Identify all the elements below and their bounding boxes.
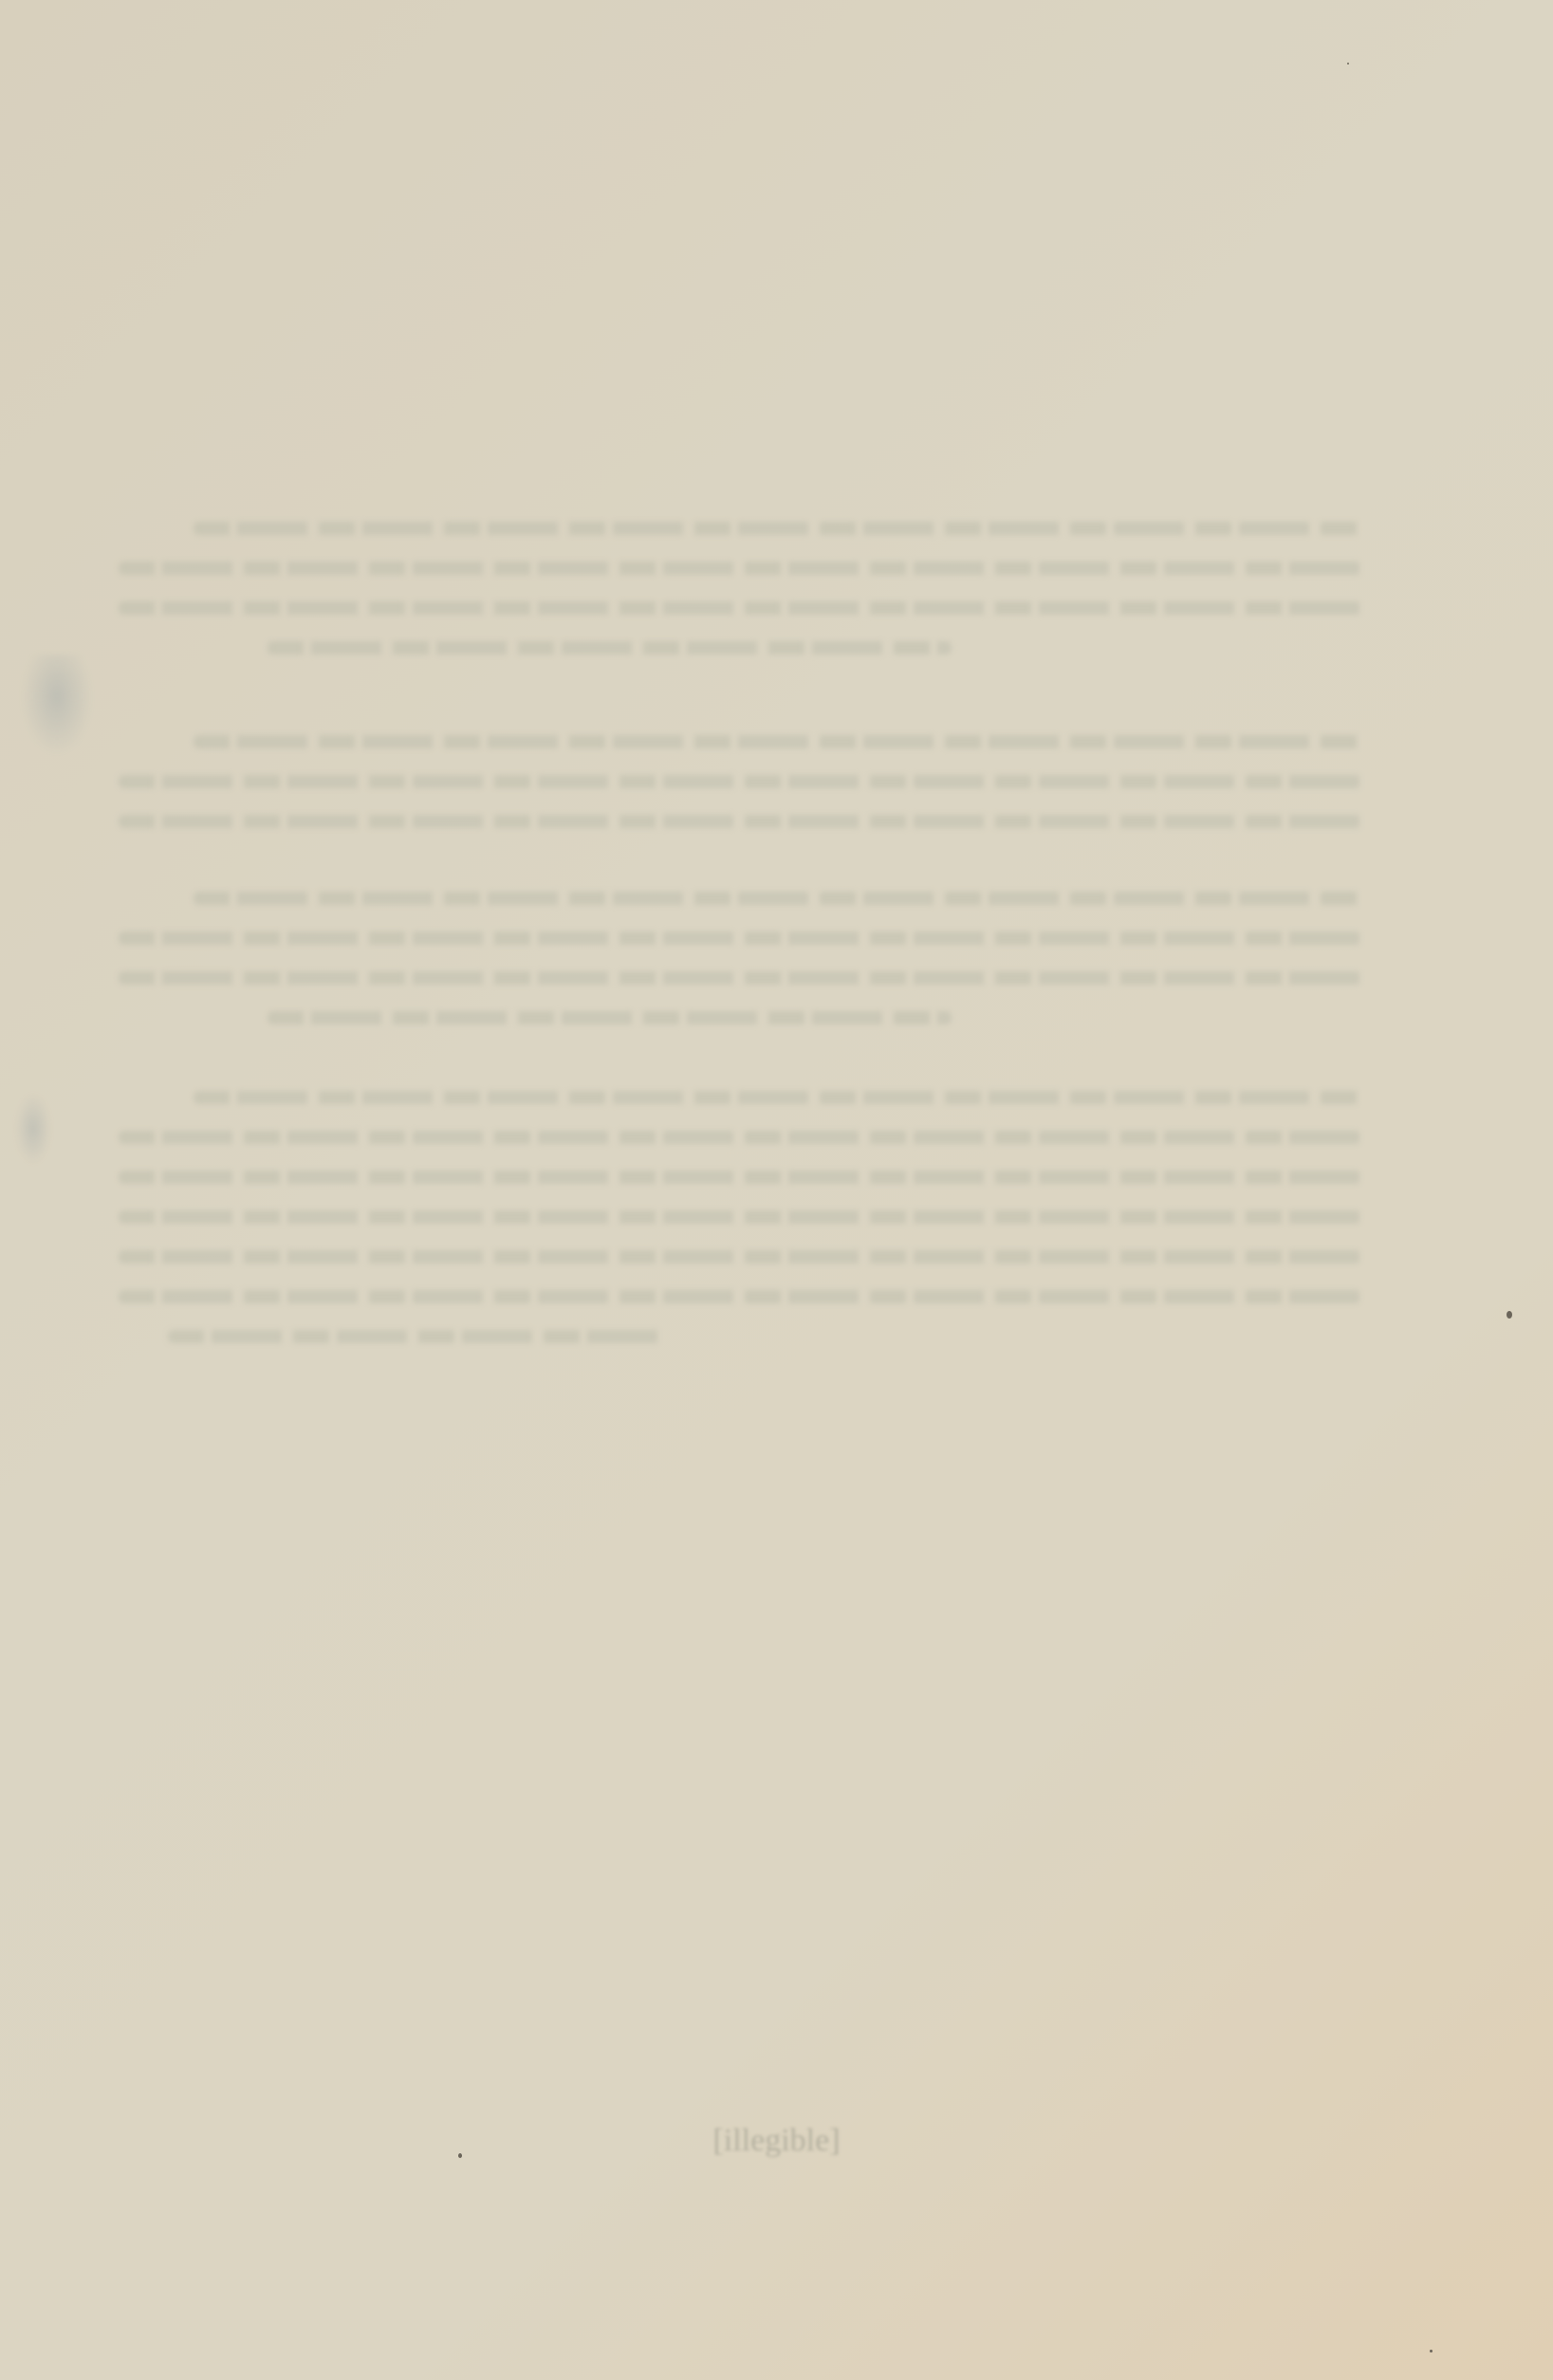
text-line: [194, 892, 1361, 905]
text-line: [194, 522, 1361, 535]
text-line: [168, 1330, 665, 1343]
text-line: [268, 1011, 952, 1024]
scan-speck: [1347, 63, 1349, 65]
scan-speck: [1430, 2350, 1433, 2352]
text-line: [119, 1171, 1361, 1184]
text-line: [119, 1210, 1361, 1224]
text-line: [119, 1131, 1361, 1144]
text-line: [119, 562, 1361, 575]
paragraph-2: [119, 735, 1361, 855]
scan-speck: [1507, 1311, 1512, 1319]
margin-annotation: [14, 1091, 52, 1167]
scan-speck: [458, 2153, 462, 2158]
paragraph-4: [119, 1091, 1361, 1370]
text-line: [268, 641, 952, 655]
text-line: [119, 601, 1361, 615]
text-line: [119, 775, 1361, 788]
text-line: [194, 735, 1361, 748]
text-line: [119, 932, 1361, 945]
text-line: [194, 1091, 1361, 1104]
text-line: [119, 1250, 1361, 1264]
text-line: [119, 971, 1361, 985]
paragraph-1: [119, 522, 1361, 681]
page-number: [illegible]: [0, 2123, 1553, 2159]
paragraph-3: [119, 892, 1361, 1051]
margin-annotation: [19, 655, 95, 759]
document-page: [illegible]: [0, 0, 1553, 2380]
text-line: [119, 815, 1361, 828]
text-line: [119, 1290, 1361, 1303]
